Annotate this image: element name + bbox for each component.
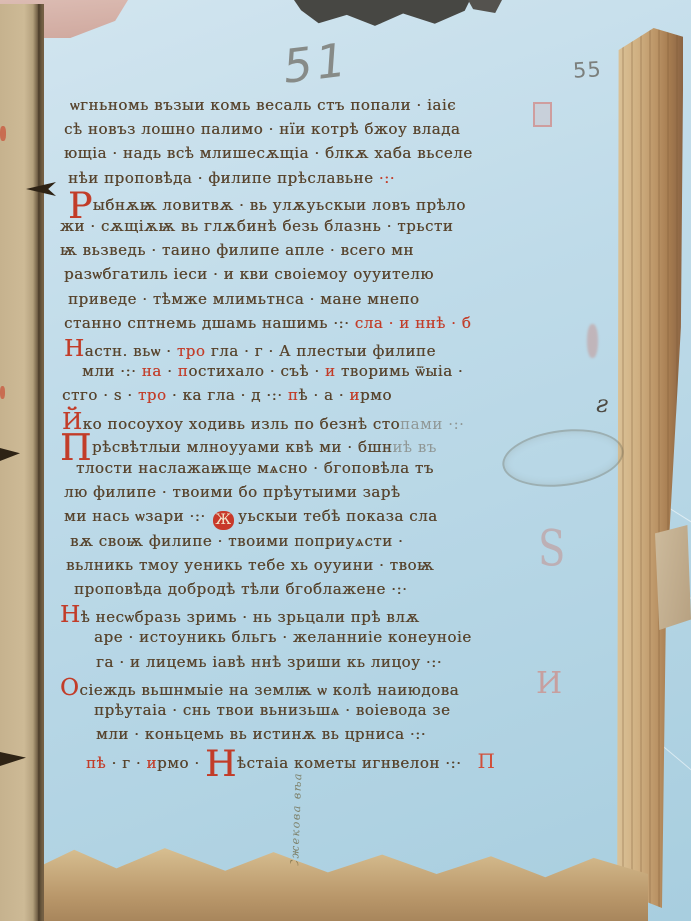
body-text: тлости наслажаѭще мѧсно · бгоповѣла тъ [76, 459, 434, 477]
manuscript-line: Осіеждь вьшнмыіе на землѭ ѡ колѣ наиюдов… [60, 677, 459, 700]
body-text: лю филипе · твоими бо прѣутыими зарѣ [64, 483, 401, 501]
manuscript-line: приведе · тѣмже млимьтнса · мане мнепо [68, 290, 420, 308]
manuscript-line: вѫ своѭ филипе · твоими поприуѧсти · [70, 532, 403, 551]
manuscript-line: разѡбгатиль іеси · и кви своіемоу оууите… [64, 265, 434, 284]
manuscript-line: стго · ѕ · тро · ка гла · д ·:· пѣ · а ·… [62, 386, 392, 404]
rubric-text: П [477, 749, 495, 773]
body-text: вьлникь тмоу уеникь тебе хь оууини · тво… [66, 556, 434, 574]
rubric-text: на [142, 362, 162, 380]
body-text: ми нась ѡзари ·:· [64, 507, 211, 525]
manuscript-line: мли ·:· на · постихало · съѣ · и творимь… [82, 362, 463, 381]
red-ink-fleck [0, 386, 5, 399]
parchment-page: 51 55 ѡгньномь възыи комь весаль стъ поп… [36, 6, 656, 886]
body-text: гла · г · А плестыи филипе [205, 342, 436, 360]
illuminated-initial: Н [64, 336, 85, 362]
manuscript-line: сѣ новъз лошно палимо · нїи котрѣ бжоу в… [64, 120, 460, 138]
rubric-text: и [325, 362, 336, 380]
body-text: ѣ · а · [298, 386, 349, 404]
manuscript-line: проповѣда добродѣ тѣли бгоблажене ·:· [74, 580, 407, 598]
body-text: станно сптнемь дшамь нашимь ·:· [64, 314, 355, 332]
red-ink-smudge [587, 324, 598, 358]
vertical-pencil-inscription: Сжекова вѣа [288, 772, 304, 869]
body-text: ѣ · [299, 362, 325, 380]
body-text: проповѣда добродѣ тѣли бгоблажене ·:· [74, 580, 407, 598]
manuscript-line: Йко посоухоу ходивь изль по безнѣ стопам… [62, 411, 465, 434]
body-text: иѣ въ [392, 438, 437, 456]
rubric-text: п [288, 386, 299, 404]
body-text: сіеждь вьшнмыіе на землѭ ѡ колѣ наиюдова [79, 681, 459, 699]
manuscript-line: га · и лицемь іавѣ ннѣ зриши кь лицоу ·:… [96, 653, 442, 671]
manuscript-photo: 51 55 ѡгньномь възыи комь весаль стъ поп… [0, 0, 691, 921]
manuscript-line: ѡгньномь възыи комь весаль стъ попали · … [70, 96, 456, 115]
manuscript-line: вьлникь тмоу уеникь тебе хь оууини · тво… [66, 556, 434, 574]
body-text: ѣстаіа кометы игнвелон ·:· [237, 754, 462, 772]
body-text: · ка гла · д ·:· [167, 386, 288, 404]
body-text: ѣ несѡбразь зримь · нь зрьцали прѣ влѫ [81, 608, 420, 626]
rubric-text: и [349, 386, 360, 404]
body-text: ѡгньномь възыи комь весаль стъ попали · … [70, 96, 456, 114]
body-text: мли ·:· [82, 362, 142, 380]
body-text: · г · [106, 754, 146, 772]
body-text: ко посоухоу ходивь изль по безнѣ сто [83, 415, 401, 433]
body-text: нѣи проповѣда · филипе прѣславьне [68, 169, 379, 187]
body-text: га · и лицемь іавѣ ннѣ зриши кь лицоу ·:… [96, 653, 442, 671]
body-text: остихало · съ [188, 362, 299, 380]
body-text: ѭ вьзведь · таино филипе апле · всего мн [60, 241, 414, 259]
body-text: рмо [360, 386, 392, 404]
body-text: прѣутаіа · снь твои вьнизьшѧ · воіевода … [94, 701, 450, 719]
manuscript-line: ѭ вьзведь · таино филипе апле · всего мн [60, 241, 414, 259]
manuscript-line: ющіа · надь всѣ млишесѫщіа · блкѫ хаба в… [64, 144, 473, 162]
body-text: разѡбгатиль іеси · и кви своіемоу оууите… [64, 265, 434, 283]
manuscript-line: Настн. вьѡ · тро гла · г · А плестыи фил… [64, 338, 436, 361]
body-text: уьскыи тебѣ показа сла [238, 507, 438, 525]
manuscript-line: прѣутаіа · снь твои вьнизьшѧ · воіевода … [94, 701, 450, 720]
page-edge-corner [655, 525, 691, 630]
manuscript-line: нѣи проповѣда · филипе прѣславьне ·:· [68, 169, 395, 187]
torn-gap-dark-background [468, 0, 502, 13]
body-text: ыбнѫѭ ловитвѫ · вь улѫуьскыи ловъ прѣло [93, 196, 466, 214]
illuminated-initial: О [60, 675, 79, 701]
binding-seam [33, 4, 43, 921]
manuscript-line: жи · сѫщіѫѭ вь глѫбинѣ безь блазнь · трь… [60, 217, 453, 235]
rubric-text: тро [138, 386, 167, 404]
body-text: · [162, 362, 178, 380]
red-ink-fleck [0, 126, 6, 141]
body-text: творимь ѿыіа · [336, 362, 464, 380]
manuscript-line: лю филипе · твоими бо прѣутыими зарѣ [64, 483, 401, 501]
rubric-text: п [178, 362, 189, 380]
rubric-text: пѣ [86, 754, 106, 772]
faded-red-margin-letter: И [536, 666, 562, 701]
red-margin-mark [533, 102, 552, 127]
rubric-text: и [146, 754, 157, 772]
body-text: стго · ѕ · [62, 386, 138, 404]
body-text: жи · сѫщіѫѭ вь глѫбинѣ безь блазнь · трь… [60, 217, 453, 235]
manuscript-line: станно сптнемь дшамь нашимь ·:· сла · и … [64, 314, 471, 332]
body-text: сѣ новъз лошно палимо · нїи котрѣ бжоу в… [64, 120, 460, 138]
pencil-folio-number: 51 [280, 32, 353, 94]
body-text: вѫ своѭ филипе · твоими поприуѧсти · [70, 532, 403, 550]
body-text: аре · истоуникь бльгь · желанниіе конеун… [94, 628, 472, 646]
manuscript-line: ми нась ѡзари ·:· Жуьскыи тебѣ показа сл… [64, 507, 438, 530]
ornate-initial: Ж [213, 511, 234, 530]
body-text: приведе · тѣмже млимьтнса · мане мнепо [68, 290, 420, 308]
body-text: рѣсвѣтлыи млноууами квѣ ми · бшн [92, 438, 393, 456]
pencil-folio-number: 55 [572, 57, 602, 82]
body-text: мли · коньцемь вь истинѫ вь црниса ·:· [96, 725, 426, 743]
body-text: астн. вьѡ · [85, 342, 177, 360]
illuminated-initial: Н [205, 744, 237, 785]
rubric-text: ·:· [379, 169, 395, 187]
rubric-text: сла · и ннѣ · б [355, 314, 472, 332]
manuscript-line: Нѣ несѡбразь зримь · нь зрьцали прѣ влѫ [60, 604, 420, 627]
rubric-text: тро [177, 342, 206, 360]
manuscript-line: тлости наслажаѭще мѧсно · бгоповѣла тъ [76, 459, 434, 478]
body-text: ющіа · надь всѣ млишесѫщіа · блкѫ хаба в… [64, 144, 473, 162]
illuminated-initial: Н [60, 602, 81, 628]
manuscript-line: мли · коньцемь вь истинѫ вь црниса ·:· [96, 725, 426, 743]
ink-flourish: ꙅ [596, 390, 608, 418]
faded-red-margin-letter: Ѕ [538, 520, 565, 578]
library-stamp [499, 423, 627, 493]
body-text: рмо · [157, 754, 205, 772]
manuscript-line: аре · истоуникь бльгь · желанниіе конеун… [94, 628, 472, 646]
body-text: пами ·:· [400, 415, 464, 433]
